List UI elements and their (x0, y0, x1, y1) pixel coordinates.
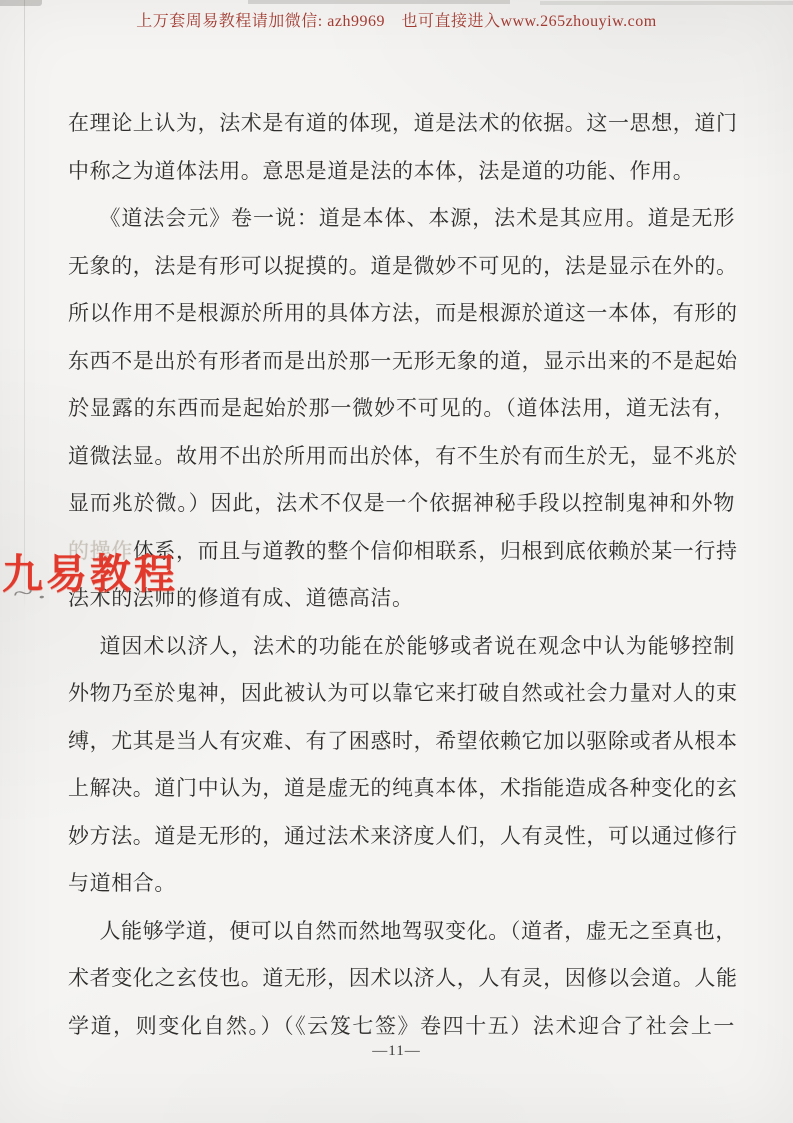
text-line: 东西不是出於有形者而是出於那一无形无象的道，显示出来的不是起始 (68, 338, 735, 386)
text-line: 与道相合。 (68, 860, 735, 908)
text-line: 在理论上认为，法术是有道的体现，道是法术的依据。这一思想，道门 (68, 100, 735, 148)
text-line: 於显露的东西而是起始於那一微妙不可见的。（道体法用，道无法有， (68, 385, 735, 433)
scan-artifact-top-left (0, 0, 42, 6)
text-line: 术者变化之玄伎也。道无形，因术以济人，人有灵，因修以会道。人能 (68, 955, 735, 1003)
text-line-rest: 体系，而且与道教的整个信仰相联系，归根到底依赖於某一行持 (133, 539, 738, 563)
text-line: 上解决。道门中认为，道是虚无的纯真本体，术指能造成各种变化的玄 (68, 765, 735, 813)
text-line: 外物乃至於鬼神，因此被认为可以靠它来打破自然或社会力量对人的束 (68, 670, 735, 718)
text-line: 显而兆於微。）因此，法术不仅是一个依据神秘手段以控制鬼神和外物 (68, 480, 735, 528)
text-line: 无象的，法是有形可以捉摸的。道是微妙不可见的，法是显示在外的。 (68, 243, 735, 291)
scan-artifact-top-center (248, 0, 510, 4)
text-line: 《道法会元》卷一说：道是本体、本源，法术是其应用。道是无形 (68, 195, 735, 243)
text-line: 道微法显。故用不出於所用而出於体，有不生於有而生於无，显不兆於 (68, 433, 735, 481)
text-line: 中称之为道体法用。意思是道是法的本体，法是道的功能、作用。 (68, 148, 735, 196)
text-line: 缚，尤其是当人有灾难、有了困惑时，希望依赖它加以驱除或者从根本 (68, 718, 735, 766)
text-line: 人能够学道，便可以自然而然地驾驭变化。（道者，虚无之至真也， (68, 908, 735, 956)
text-line: 妙方法。道是无形的，通过法术来济度人们，人有灵性，可以通过修行 (68, 813, 735, 861)
text-line: 道因术以济人，法术的功能在於能够或者说在观念中认为能够控制 (68, 623, 735, 671)
pen-squiggle-mark: ~. (12, 577, 51, 607)
page-fold-line (24, 0, 25, 610)
scanned-book-page: { "colors": { "paper": "#f5f4f2", "text"… (0, 0, 793, 1123)
text-line: 所以作用不是根源於所用的具体方法，而是根源於道这一本体，有形的 (68, 290, 735, 338)
scan-artifact-top-right (540, 1, 793, 5)
header-promo-text: 上万套周易教程请加微信: azh9969 也可直接进入www.265zhouyi… (0, 8, 793, 31)
page-number: —11— (0, 1041, 793, 1061)
